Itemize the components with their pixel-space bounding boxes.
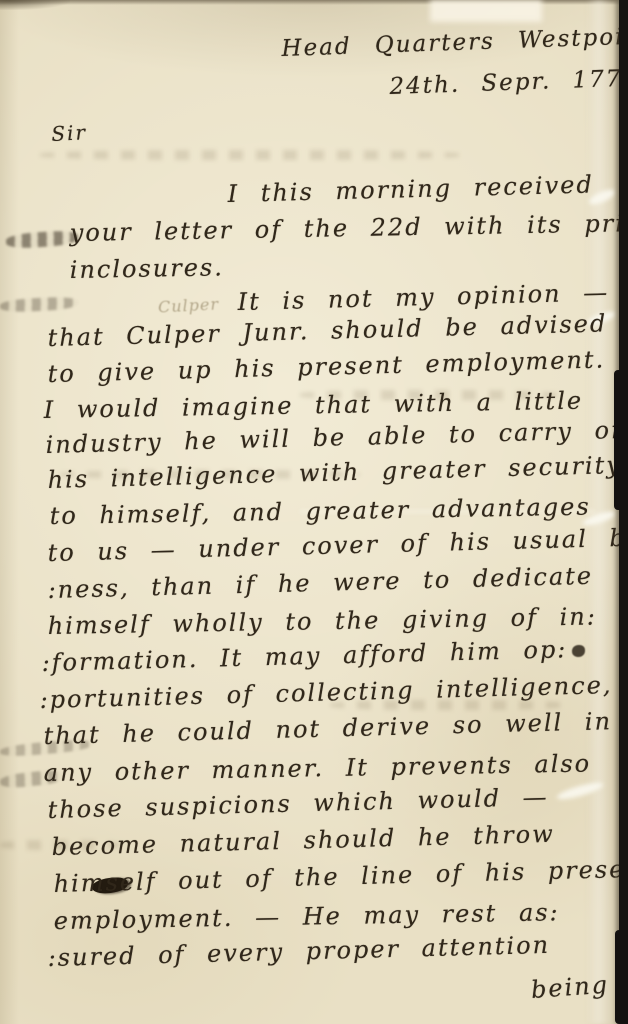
bleedthrough-mark [40,150,460,160]
manuscript-line: I this morning received [227,170,594,208]
paper-right-edge-nub [615,930,628,1024]
manuscript-line: himself wholly to the giving of in: [48,602,598,640]
paper-light-patch [430,0,542,22]
manuscript-line: become natural should he throw [51,820,555,861]
manuscript-line: employment. — He may rest as: [54,898,560,935]
manuscript-line: :formation. It may afford him op: [41,635,567,677]
manuscript-line: his intelligence with greater security [47,451,622,494]
ink-blot [572,645,585,657]
manuscript-line: :ness, than if he were to dedicate [47,562,593,604]
manuscript-line: your letter of the 22d with its private … [70,207,628,247]
ink-smudge [6,230,79,250]
manuscript-line: any other manner. It prevents also [44,749,592,787]
heading-place: Head Quarters Westpoint [281,23,628,62]
pencil-annotation: Culper [158,294,220,316]
manuscript-line: to give up his present employment. [47,345,605,388]
paper-topleft-shadow [0,0,70,10]
catchword: being [530,971,610,1004]
paper-right-edge [619,0,628,1024]
salutation: Sir [51,120,88,146]
manuscript-line: to us — under cover of his usual busi: [47,522,628,567]
paper-right-edge-nub [614,370,628,510]
ink-smudge [0,296,78,313]
manuscript-line: :sured of every proper attention [47,931,550,972]
manuscript-line: those suspicions which would — [47,783,549,824]
letter-page: Head Quarters Westpoint 24th. Sepr. 1779… [0,0,628,1024]
manuscript-line: that he could not derive so well in [43,707,612,750]
manuscript-line: inclosures. [70,253,225,284]
manuscript-line: to himself, and greater advantages [50,493,591,530]
manuscript-line: that Culper Junr. should be advised [47,309,607,352]
manuscript-line: himself out of the line of his present [53,854,628,898]
